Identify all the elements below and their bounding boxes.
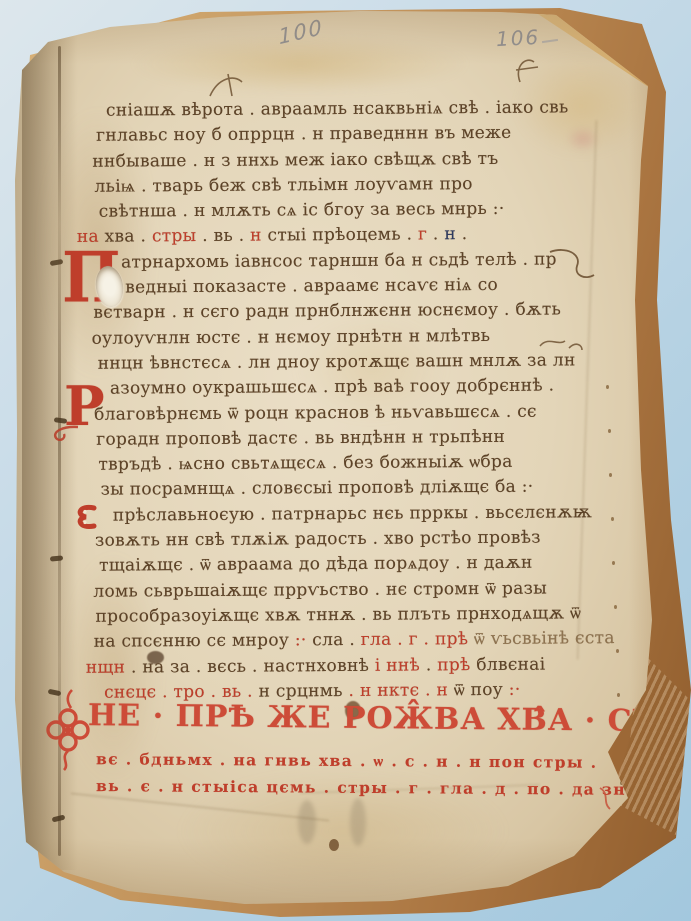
text-run: вєтварн . н сєго радн прнблнжєнн юснємоу… bbox=[93, 300, 561, 323]
text-run: горадн проповѣ дастє . вь вндѣнн н трьпѣ… bbox=[96, 427, 505, 450]
text-run: тщаіѫщє . ѿ авраама до дѣда порѧдоу . н … bbox=[99, 553, 533, 576]
text-run: . bbox=[456, 225, 468, 245]
text-run: :· bbox=[509, 680, 521, 700]
text-run: прособразоуіѫщє хвѫ тннѫ . вь плъть прнх… bbox=[95, 603, 581, 626]
text-run: ѿ поу bbox=[454, 680, 509, 700]
sewing-stitch bbox=[50, 259, 64, 266]
sewing-stitch bbox=[52, 4, 66, 13]
text-line: горадн проповѣ дастє . вь вндѣнн н трьпѣ… bbox=[96, 424, 592, 453]
stain bbox=[178, 770, 508, 892]
text-run: . н нктє . н bbox=[348, 680, 453, 701]
text-line: вєтварн . н сєго радн прнблнжєнн юснємоу… bbox=[93, 298, 591, 327]
text-line: азоумно оукрашьшєсѧ . прѣ ваѣ гооу добрє… bbox=[110, 374, 592, 403]
folio-number-pencil-old: 100 bbox=[278, 15, 325, 50]
text-run: . bbox=[420, 655, 437, 675]
text-line: ннцн ѣвнстєсѧ . лн дноу кротѫщє вашн мнл… bbox=[98, 348, 592, 377]
pricking-hole bbox=[608, 429, 611, 433]
text-run: атрнархомь іавнсос тарншн ба н сьдѣ телѣ… bbox=[121, 249, 557, 272]
pen-flourish bbox=[512, 54, 544, 86]
text-run: на bbox=[77, 227, 105, 247]
text-run: н срцнмь bbox=[258, 681, 348, 702]
text-run: азоумно оукрашьшєсѧ . прѣ ваѣ гооу добрє… bbox=[110, 376, 555, 399]
text-run: ннбываше . н з ннхь меж іако свѣщѫ свѣ т… bbox=[92, 148, 498, 171]
rubric-subheading-1: вє . бдньмх . на гнвь хва . ѡ . с . н . … bbox=[96, 749, 598, 773]
stain bbox=[130, 34, 470, 94]
text-run: на спсєнню сє мнроу bbox=[94, 631, 295, 652]
text-line: на хва . стры . вь . н стыі прѣоцемь . г… bbox=[77, 222, 591, 251]
sewing-stitch bbox=[50, 555, 63, 561]
rubric-tail-flourish bbox=[598, 786, 616, 812]
text-line: зы посрамнщѧ . словєсыі проповѣ дліѫщє б… bbox=[101, 475, 593, 504]
ink-blot bbox=[345, 701, 361, 720]
text-line: прѣславьноєую . патрнарьс нєь прркы . вь… bbox=[113, 500, 593, 529]
text-run: сла . bbox=[312, 630, 361, 650]
text-block: сніашѫ вѣрота . авраамль нсаквьніѧ свѣ .… bbox=[90, 95, 594, 706]
page-corner-curl bbox=[0, 0, 691, 921]
initial-r-swash bbox=[50, 424, 80, 442]
ornamental-initial bbox=[74, 503, 100, 531]
text-run: свѣтнша . н млѫть сѧ іс бгоу за весь мнр… bbox=[99, 199, 505, 222]
text-run: сніашѫ вѣрота . авраамль нсаквьніѧ свѣ .… bbox=[106, 97, 569, 120]
sewing-stitch bbox=[52, 815, 66, 823]
text-line: свѣтнша . н млѫть сѧ іс бгоу за весь мнр… bbox=[99, 196, 591, 225]
text-run: . на за . bbox=[125, 656, 207, 677]
sewing-stitch bbox=[48, 689, 62, 697]
smudge-mark bbox=[350, 798, 366, 846]
text-run: :· bbox=[295, 630, 313, 650]
crease-line bbox=[300, 784, 540, 794]
text-line: зовѫть нн свѣ тлѫіѫ радость . хво рстѣо … bbox=[95, 525, 593, 554]
margin-rosette-ornament bbox=[40, 688, 90, 772]
stain bbox=[566, 126, 600, 152]
text-line: ломь сьврьшаіѫщє пррѵьство . нє стромн ѿ… bbox=[93, 576, 593, 605]
pricking-hole bbox=[612, 561, 615, 565]
text-run: стры bbox=[152, 226, 202, 246]
rubric-initial-p: П bbox=[62, 242, 121, 314]
rubric-initial-r: Р bbox=[64, 378, 105, 434]
parchment-hole bbox=[93, 264, 125, 308]
text-line: снєцє . тро . вь . н срцнмь . н нктє . н… bbox=[104, 677, 594, 706]
text-run: стыі прѣоцемь . bbox=[267, 225, 418, 246]
spine-gutter-shadow bbox=[22, 36, 78, 870]
text-run: оулоуѵнлн юстє . н нємоу прнѣтн н млѣтвь bbox=[91, 326, 490, 349]
pricking-hole bbox=[611, 517, 614, 521]
text-run: гла . г . прѣ bbox=[361, 629, 474, 650]
crease-line bbox=[577, 120, 598, 660]
rubric-subheading-2: вь . є . н стыіса цємь . стры . г . гла … bbox=[96, 776, 648, 799]
text-run: . bbox=[433, 225, 445, 245]
text-run: н bbox=[250, 226, 267, 246]
text-run: нщн bbox=[86, 657, 126, 677]
text-run: хва . bbox=[105, 227, 152, 247]
text-line: оулоуѵнлн юстє . н нємоу прнѣтн н млѣтвь bbox=[91, 323, 591, 352]
text-run: і ннѣ bbox=[375, 655, 420, 675]
text-run: твръдѣ . ѩсно свьтѧщєсѧ . без божныіѫ ѡб… bbox=[98, 452, 512, 475]
text-run: ведныі показасте . авраамє нсаѵє ніѧ со bbox=[125, 275, 498, 298]
manuscript-page: 100 106 сніашѫ вѣрота . авраамль нсаквьн… bbox=[0, 0, 691, 921]
text-line: ведныі показасте . авраамє нсаѵє ніѧ со bbox=[125, 272, 591, 301]
text-run: гнлавьс ноу б опррцн . н праведннн въ ме… bbox=[96, 123, 511, 146]
text-line: благовѣрнємь ѿ роцн краснов ѣ ньѵавьшєсѧ… bbox=[94, 399, 592, 428]
rubric-heading: НЕ · ПРѢ ЖЕ РОЖ̂ВА ХВ̂А · СТЫѠЦЬ · bbox=[88, 698, 648, 739]
text-line: твръдѣ . ѩсно свьтѧщєсѧ . без божныіѫ ѡб… bbox=[98, 449, 592, 478]
stain bbox=[40, 108, 155, 378]
text-run: ѿ ѵьсвьінѣ єста bbox=[474, 628, 615, 649]
text-line: ннбываше . н з ннхь меж іако свѣщѫ свѣ т… bbox=[92, 146, 590, 175]
pencil-mark bbox=[542, 39, 558, 43]
margin-flourish bbox=[546, 244, 596, 288]
text-line: льіѩ . тварь беж свѣ тльімн лоуѵамн про bbox=[94, 171, 590, 200]
dirt-speck bbox=[329, 839, 339, 851]
text-run: прѣславьноєую . патрнарьс нєь прркы . вь… bbox=[113, 502, 592, 525]
text-run: ннцн ѣвнстєсѧ . лн дноу кротѫщє вашн мнл… bbox=[98, 350, 576, 373]
text-line: атрнархомь іавнсос тарншн ба н сьдѣ телѣ… bbox=[121, 247, 591, 276]
text-run: зы посрамнщѧ . словєсыі проповѣ дліѫщє б… bbox=[101, 477, 534, 500]
stain bbox=[66, 552, 161, 782]
text-run: ломь сьврьшаіѫщє пррѵьство . нє стромн ѿ… bbox=[93, 578, 547, 601]
stain bbox=[516, 56, 646, 156]
stain bbox=[296, 316, 446, 421]
text-run: снєцє . тро . вь . bbox=[104, 681, 259, 702]
text-run: блвєнаі bbox=[471, 654, 546, 675]
crease-line bbox=[71, 792, 330, 821]
pricking-hole bbox=[614, 605, 617, 609]
text-line: тщаіѫщє . ѿ авраама до дѣда порѧдоу . н … bbox=[99, 551, 593, 580]
text-line: прособразоуіѫщє хвѫ тннѫ . вь плъть прнх… bbox=[95, 601, 593, 630]
pricking-hole bbox=[606, 385, 609, 389]
text-line: нщн . на за . вєсь . настнховнѣ і ннѣ . … bbox=[86, 652, 594, 681]
folio-number-pencil-new: 106 bbox=[495, 25, 540, 51]
sewing-stitch bbox=[54, 417, 68, 424]
text-run: н bbox=[444, 225, 456, 245]
ink-blot bbox=[147, 651, 164, 664]
text-run: вєсь . настнховнѣ bbox=[207, 655, 375, 676]
text-run: льіѩ . тварь беж свѣ тльімн лоуѵамн про bbox=[94, 174, 472, 197]
text-run: . вь . bbox=[202, 226, 250, 246]
text-line: гнлавьс ноу б опррцн . н праведннн въ ме… bbox=[96, 121, 590, 150]
text-line: сніашѫ вѣрота . авраамль нсаквьніѧ свѣ .… bbox=[106, 95, 590, 124]
text-run: г bbox=[418, 225, 433, 245]
spine-fold-crease bbox=[58, 46, 61, 856]
pricking-hole bbox=[616, 649, 619, 653]
pricking-hole bbox=[617, 693, 620, 697]
text-run: прѣ bbox=[437, 655, 471, 675]
smudge-mark bbox=[298, 800, 316, 844]
pen-flourish bbox=[208, 72, 248, 100]
text-run: благовѣрнємь ѿ роцн краснов ѣ ньѵавьшєсѧ… bbox=[94, 401, 537, 424]
text-run: зовѫть нн свѣ тлѫіѫ радость . хво рстѣо … bbox=[95, 528, 541, 551]
pricking-hole bbox=[609, 473, 612, 477]
photo-background: 100 106 сніашѫ вѣрота . авраамль нсаквьн… bbox=[0, 0, 691, 921]
margin-flourish bbox=[538, 332, 584, 356]
text-line: на спсєнню сє мнроу :· сла . гла . г . п… bbox=[94, 626, 594, 655]
